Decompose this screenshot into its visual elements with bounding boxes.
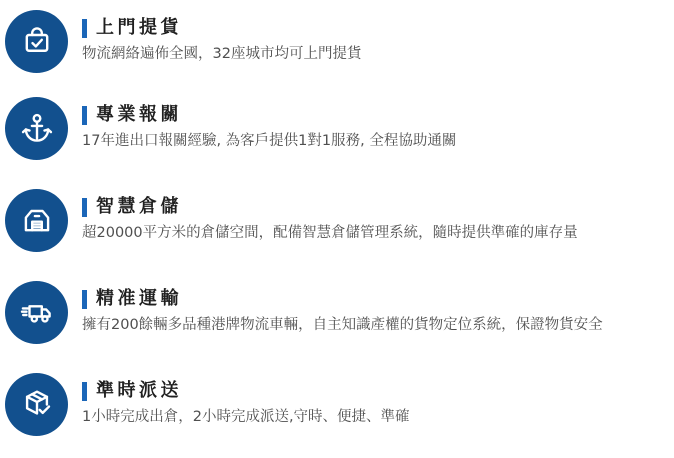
feature-title: 專業報關 [96,105,182,125]
feature-description: 擁有200餘輛多品種港牌物流車輛，自主知識產權的貨物定位系統，保證物貨安全 [82,316,674,335]
feature-row-pickup: 上門提貨 物流網絡遍佈全國，32座城市均可上門提貨 [5,0,674,82]
feature-description: 超20000平方米的倉儲空間，配備智慧倉儲管理系統，隨時提供準確的庫存量 [82,224,674,243]
feature-title-row: 專業報關 [82,105,674,125]
anchor-icon [5,97,68,160]
feature-title-row: 上門提貨 [82,18,674,38]
box-check-icon [5,373,68,436]
feature-title-row: 精准運輸 [82,289,674,309]
warehouse-icon [5,189,68,252]
feature-description: 1小時完成出倉，2小時完成派送,守時、便捷、準確 [82,408,674,427]
feature-title-row: 智慧倉儲 [82,197,674,217]
feature-row-transport: 精准運輸 擁有200餘輛多品種港牌物流車輛，自主知識產權的貨物定位系統，保證物貨… [5,266,674,358]
feature-text: 準時派送 1小時完成出倉，2小時完成派送,守時、便捷、準確 [82,381,674,427]
feature-row-warehouse: 智慧倉儲 超20000平方米的倉儲空間，配備智慧倉儲管理系統，隨時提供準確的庫存… [5,174,674,266]
title-accent-bar [82,382,87,401]
feature-text: 專業報關 17年進出口報關經驗, 為客戶提供1對1服務, 全程協助通關 [82,105,674,151]
feature-description: 物流網絡遍佈全國，32座城市均可上門提貨 [82,45,674,64]
title-accent-bar [82,19,87,38]
feature-description: 17年進出口報關經驗, 為客戶提供1對1服務, 全程協助通關 [82,132,674,151]
service-feature-list: 上門提貨 物流網絡遍佈全國，32座城市均可上門提貨 專業報關 17年進出口報關經… [0,0,674,458]
feature-text: 上門提貨 物流網絡遍佈全國，32座城市均可上門提貨 [82,18,674,64]
title-accent-bar [82,106,87,125]
feature-text: 精准運輸 擁有200餘輛多品種港牌物流車輛，自主知識產權的貨物定位系統，保證物貨… [82,289,674,335]
feature-title: 精准運輸 [96,289,182,309]
feature-row-delivery: 準時派送 1小時完成出倉，2小時完成派送,守時、便捷、準確 [5,358,674,450]
feature-title: 智慧倉儲 [96,197,182,217]
bag-check-icon [5,10,68,73]
title-accent-bar [82,290,87,309]
feature-text: 智慧倉儲 超20000平方米的倉儲空間，配備智慧倉儲管理系統，隨時提供準確的庫存… [82,197,674,243]
feature-row-customs: 專業報關 17年進出口報關經驗, 為客戶提供1對1服務, 全程協助通關 [5,82,674,174]
feature-title: 上門提貨 [96,18,182,38]
feature-title-row: 準時派送 [82,381,674,401]
title-accent-bar [82,198,87,217]
truck-icon [5,281,68,344]
feature-title: 準時派送 [96,381,182,401]
